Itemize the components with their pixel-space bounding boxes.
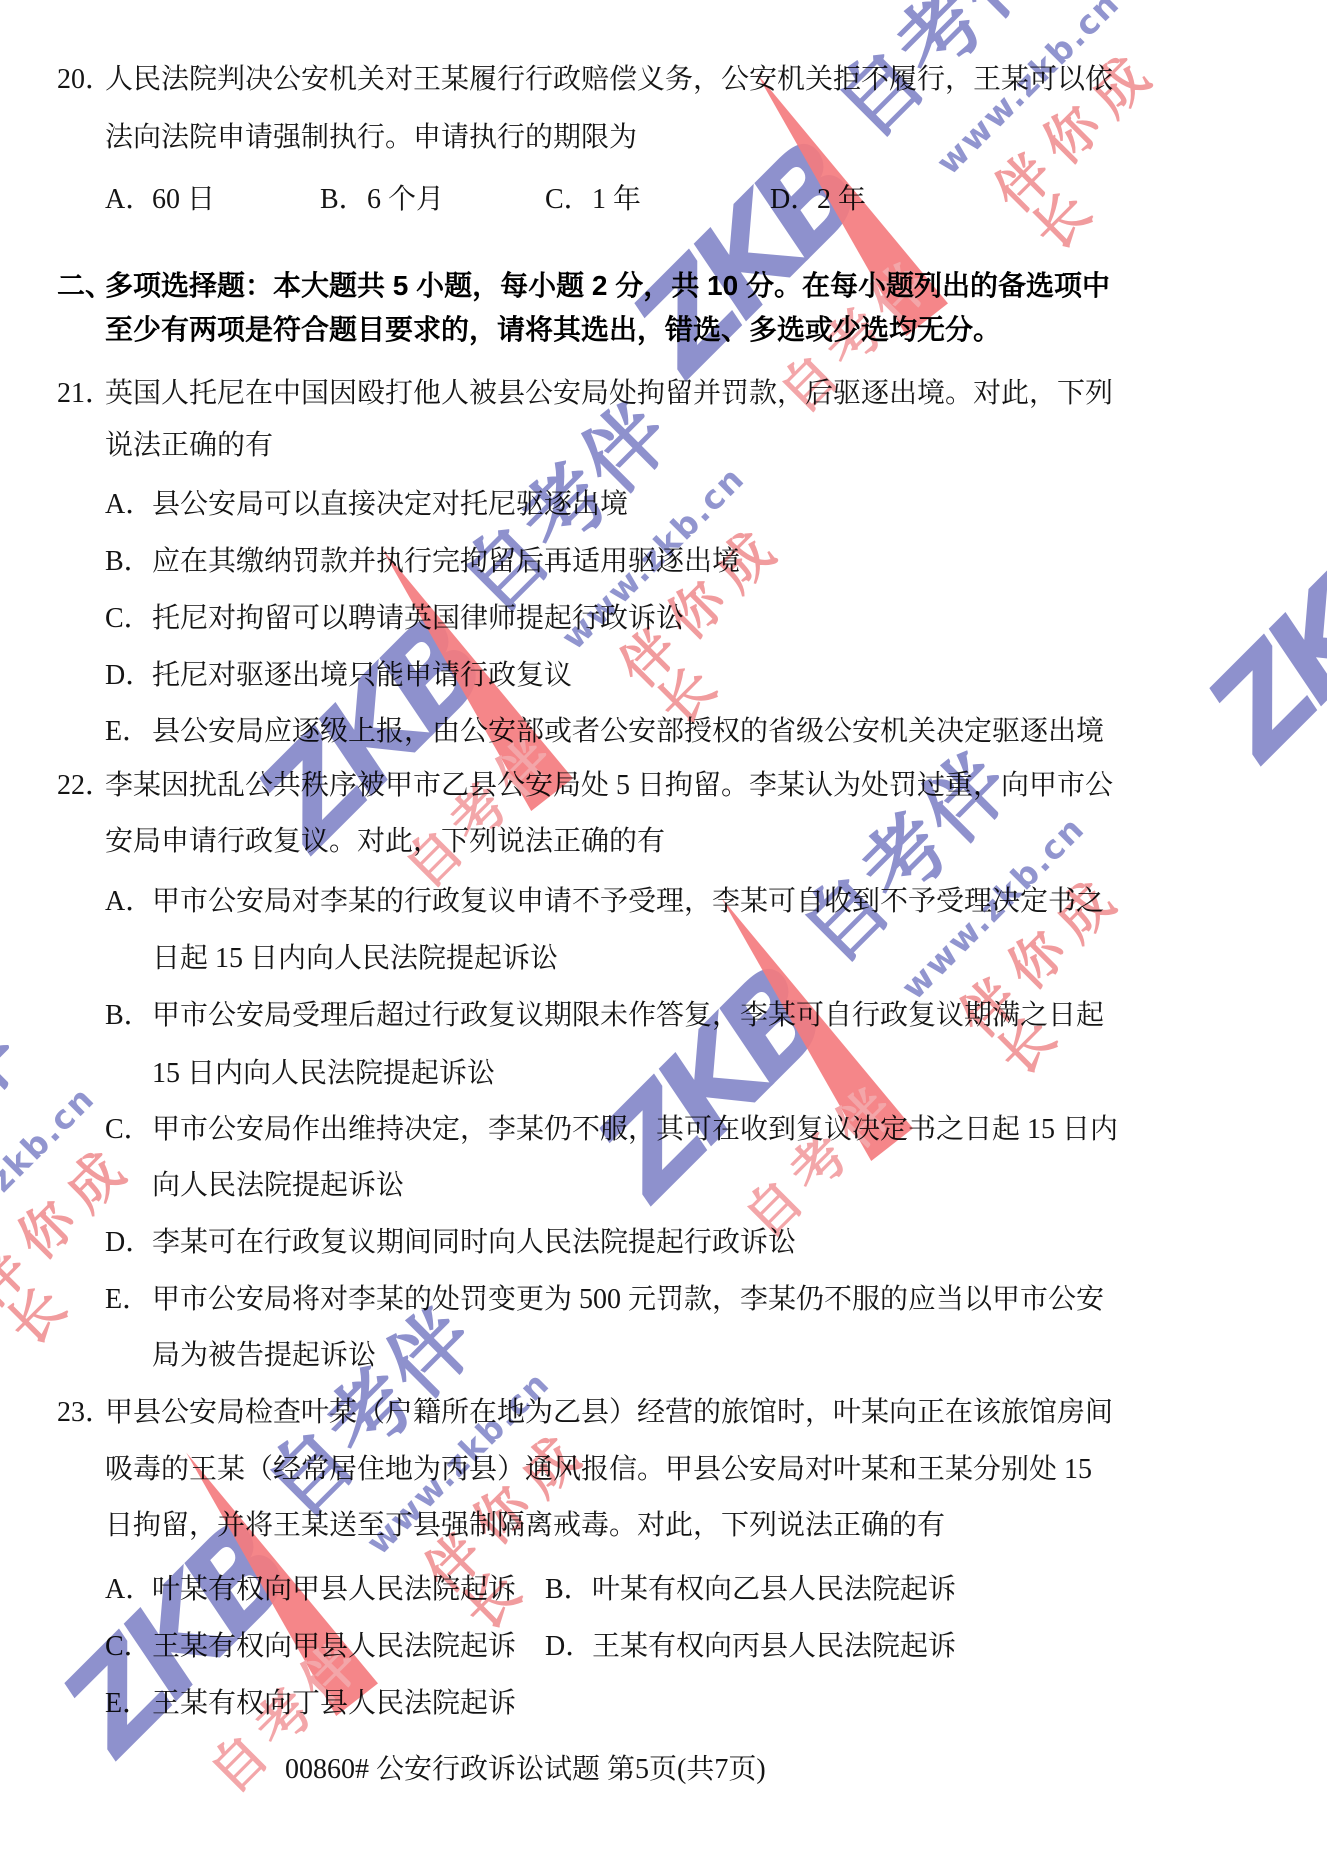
question-23-line-1: 23．甲县公安局检查叶某（户籍所在地为乙县）经营的旅馆时，叶某向正在该旅馆房间 <box>57 1395 1113 1431</box>
section-2-header-line-2: 至少有两项是符合题目要求的，请将其选出，错选、多选或少选均无分。 <box>105 312 1001 348</box>
exam-paper-page: ZKB 自考伴 www.zkb.cn 伴你成长 自考伴 ZKB 自考伴 www.… <box>0 0 1327 1875</box>
option-21-e: E．县公安局应逐级上报，由公安部或者公安部授权的省级公安机关决定驱逐出境 <box>105 714 1104 750</box>
option-20-a: A．60 日 <box>105 182 320 218</box>
question-20-line-2: 法向法院申请强制执行。申请执行的期限为 <box>105 120 637 156</box>
question-23-number: 23． <box>57 1395 105 1431</box>
watermark-zkb-logo: ZKB <box>578 953 843 1218</box>
watermark-slogan-text: 伴你成长 <box>986 0 1250 260</box>
option-21-d: D．托尼对驱逐出境只能申请行政复议 <box>105 658 572 694</box>
question-22-line-1: 22．李某因扰乱公共秩序被甲市乙县公安局处 5 日拘留。李某认为处罚过重，向甲市… <box>57 768 1113 804</box>
option-23-c: C．王某有权向甲县人民法院起诉 <box>105 1629 545 1665</box>
question-23-options-row-2: C．王某有权向甲县人民法院起诉D．王某有权向丙县人民法院起诉 <box>105 1629 956 1665</box>
option-22-a-line-1: A．甲市公安局对李某的行政复议申请不予受理，李某可自收到不予受理决定书之 <box>105 884 1104 920</box>
question-22-number: 22． <box>57 768 105 804</box>
option-20-b: B．6 个月 <box>320 182 545 218</box>
section-2-header-line-1: 二、多项选择题：本大题共 5 小题，每小题 2 分，共 10 分。在每小题列出的… <box>57 268 1110 304</box>
question-22-line-2: 安局申请行政复议。对此，下列说法正确的有 <box>105 824 665 860</box>
option-23-e: E．王某有权向丁县人民法院起诉 <box>105 1686 516 1722</box>
option-22-c-line-2: 向人民法院提起诉讼 <box>152 1168 404 1204</box>
question-23-line-2: 吸毒的王某（经常居住地为丙县）通风报信。甲县公安局对叶某和王某分别处 15 <box>105 1452 1092 1488</box>
question-21-line-1: 21．英国人托尼在中国因殴打他人被县公安局处拘留并罚款，后驱逐出境。对此，下列 <box>57 376 1113 412</box>
question-20-line-1: 20．人民法院判决公安机关对王某履行行政赔偿义务，公安机关拒不履行，王某可以依 <box>57 62 1113 98</box>
option-22-c-line-1: C．甲市公安局作出维持决定，李某仍不服，其可在收到复议决定书之日起 15 日内 <box>105 1112 1118 1148</box>
option-21-b: B．应在其缴纳罚款并执行完拘留后再适用驱逐出境 <box>105 544 740 580</box>
option-22-e-line-2: 局为被告提起诉讼 <box>152 1338 376 1374</box>
watermark-rotated-group: ZKB 自考伴 www.zkb.cn 伴你成长 自考伴 <box>0 945 215 1596</box>
option-20-d: D．2 年 <box>770 184 866 215</box>
watermark-red-brand-text: 自考伴 <box>736 1074 910 1248</box>
watermark-zkb-logo: ZKB <box>1188 513 1327 778</box>
question-23-options-row-1: A．叶某有权向甲县人民法院起诉B．叶某有权向乙县人民法院起诉 <box>105 1572 956 1608</box>
question-21-number: 21． <box>57 376 105 412</box>
page-footer: 00860# 公安行政诉讼试题 第5页(共7页) <box>285 1752 766 1788</box>
option-22-b-line-1: B．甲市公安局受理后超过行政复议期限未作答复，李某可自行政复议期满之日起 <box>105 998 1104 1034</box>
watermark-url-text: www.zkb.cn <box>0 1080 100 1275</box>
watermark-ribbon-icon <box>1297 452 1327 721</box>
question-21-line-2: 说法正确的有 <box>105 428 273 464</box>
option-20-c: C．1 年 <box>545 182 770 218</box>
question-20-number: 20． <box>57 62 105 98</box>
option-23-a: A．叶某有权向甲县人民法院起诉 <box>105 1572 545 1608</box>
option-22-e-line-1: E．甲市公安局将对李某的处罚变更为 500 元罚款，李某仍不服的应当以甲市公安 <box>105 1282 1104 1318</box>
watermark-slogan-text: 伴你成长 <box>951 820 1215 1084</box>
question-20-text: 人民法院判决公安机关对王某履行行政赔偿义务，公安机关拒不履行，王某可以依 <box>105 64 1113 95</box>
watermark-rotated-group: ZKB 自考伴 www.zkb.cn 伴你成长 自考伴 <box>215 325 866 976</box>
option-22-d: D．李某可在行政复议期间同时向人民法院提起行政诉讼 <box>105 1225 796 1261</box>
question-20-options-row: A．60 日B．6 个月C．1 年D．2 年 <box>105 182 866 218</box>
watermark-brand-text: 自考伴 <box>0 1009 36 1247</box>
option-22-a-line-2: 日起 15 日内向人民法院提起诉讼 <box>152 941 558 977</box>
question-23-line-3: 日拘留，并将王某送至丁县强制隔离戒毒。对此，下列说法正确的有 <box>105 1508 945 1544</box>
option-23-d: D．王某有权向丙县人民法院起诉 <box>545 1631 956 1662</box>
option-22-b-line-2: 15 日内向人民法院提起诉讼 <box>152 1056 495 1092</box>
watermark-rotated-group: ZKB 自考伴 www.zkb.cn 伴你成长 自考伴 <box>1165 235 1327 886</box>
watermark-zkb-logo: ZKB <box>613 128 878 393</box>
section-2-number: 二、 <box>57 268 105 304</box>
option-21-c: C．托尼对拘留可以聘请英国律师提起行政诉讼 <box>105 601 684 637</box>
option-21-a: A．县公安局可以直接决定对托尼驱逐出境 <box>105 487 628 523</box>
option-23-b: B．叶某有权向乙县人民法院起诉 <box>545 1574 956 1605</box>
